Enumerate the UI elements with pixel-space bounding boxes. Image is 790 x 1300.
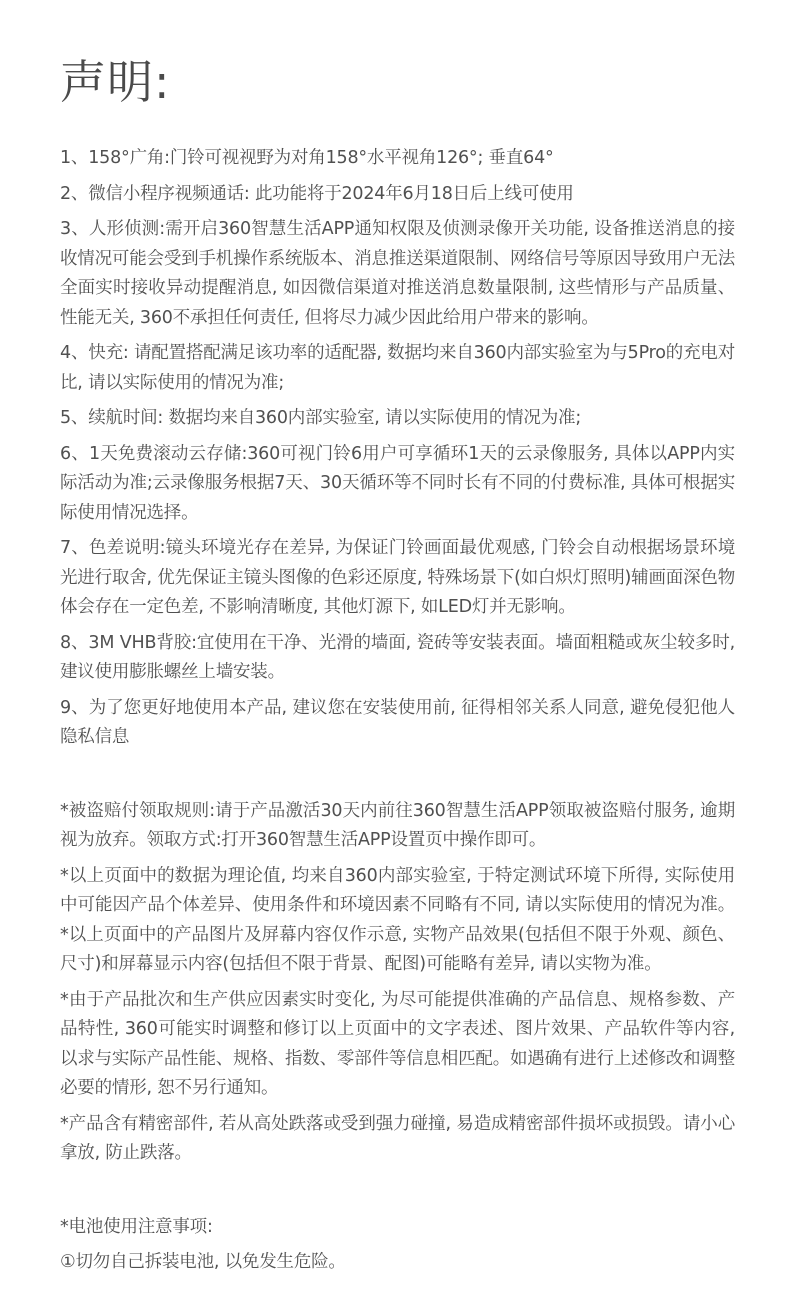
spacer (60, 1175, 735, 1213)
disclaimer-item: 2、微信小程序视频通话: 此功能将于2024年6月18日后上线可使用 (60, 180, 735, 210)
disclaimer-page: 声明: 1、158°广角:门铃可视视野为对角158°水平视角126°; 垂直64… (60, 0, 735, 1284)
disclaimer-item: 5、续航时间: 数据均来自360内部实验室, 请以实际使用的情况为准; (60, 404, 735, 434)
disclaimer-item: 3、人形侦测:需开启360智慧生活APP通知权限及侦测录像开关功能, 设备推送消… (60, 215, 735, 333)
page-title: 声明: (60, 52, 735, 112)
disclaimer-list: 1、158°广角:门铃可视视野为对角158°水平视角126°; 垂直64° 2、… (60, 144, 735, 753)
note-item: *被盗赔付领取规则:请于产品激活30天内前往360智慧生活APP领取被盗赔付服务… (60, 797, 735, 856)
note-item: *产品含有精密部件, 若从高处跌落或受到强力碰撞, 易造成精密部件损坏或损毁。请… (60, 1110, 735, 1169)
note-item: *由于产品批次和生产供应因素实时变化, 为尽可能提供准确的产品信息、规格参数、产… (60, 986, 735, 1104)
disclaimer-item: 9、为了您更好地使用本产品, 建议您在安装使用前, 征得相邻关系人同意, 避免侵… (60, 694, 735, 753)
disclaimer-item: 4、快充: 请配置搭配满足该功率的适配器, 数据均来自360内部实验室为与5Pr… (60, 339, 735, 398)
disclaimer-item: 1、158°广角:门铃可视视野为对角158°水平视角126°; 垂直64° (60, 144, 735, 174)
battery-item: ①切勿自己拆装电池, 以免发生危险。 (60, 1248, 735, 1278)
notes-list: *被盗赔付领取规则:请于产品激活30天内前往360智慧生活APP领取被盗赔付服务… (60, 797, 735, 1169)
disclaimer-item: 8、3M VHB背胶:宜使用在干净、光滑的墙面, 瓷砖等安装表面。墙面粗糙或灰尘… (60, 629, 735, 688)
note-item: *以上页面中的数据为理论值, 均来自360内部实验室, 于特定测试环境下所得, … (60, 862, 735, 980)
disclaimer-item: 7、色差说明:镜头环境光存在差异, 为保证门铃画面最优观感, 门铃会自动根据场景… (60, 534, 735, 623)
spacer (60, 759, 735, 797)
battery-heading: *电池使用注意事项: (60, 1213, 735, 1243)
battery-notes: *电池使用注意事项: ①切勿自己拆装电池, 以免发生危险。 (60, 1213, 735, 1278)
disclaimer-item: 6、1天免费滚动云存储:360可视门铃6用户可享循环1天的云录像服务, 具体以A… (60, 440, 735, 529)
